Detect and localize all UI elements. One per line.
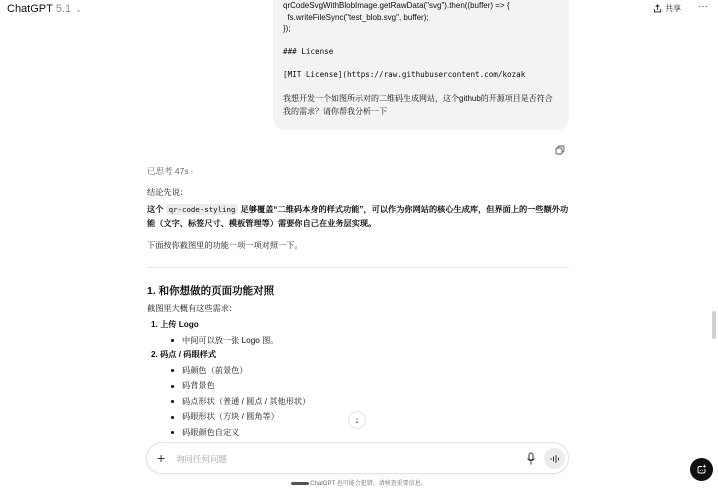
bullet-list: 码颜色（前景色） 码背景色 码点形状（普通 / 圆点 / 其他形状） 码眼形状（… [171,363,569,441]
voice-mode-button[interactable] [544,448,565,469]
model-version: 5.1 [56,3,71,15]
composer: + [146,442,569,474]
divider [147,267,569,268]
model-name: ChatGPT [7,3,53,15]
assistant-message: 结论先说： 这个 qr-code-styling 足够覆盖“二维码本身的样式功能… [147,186,569,440]
share-button[interactable]: 共享 [653,3,681,14]
code-line: }); [283,23,559,35]
code-line: fs.writeFileSync("test_blob.svg", buffer… [283,12,559,24]
thought-label: 已思考 47s [147,166,189,176]
section-heading: 1. 和你想做的页面功能对照 [147,284,569,299]
user-message-bubble: qrCodeSvgWithBlobImage.getRawData("svg")… [273,0,569,130]
plus-icon[interactable]: + [157,449,165,467]
share-icon [653,4,662,13]
conclusion-text: 这个 [147,205,166,214]
thought-duration-toggle[interactable]: 已思考 47s› [147,165,193,177]
more-options-button[interactable]: ··· [698,1,708,12]
list-item: 码颜色（前景色） [171,363,569,379]
list-item-title: 2. 码点 / 码眼样式 [151,348,569,363]
copy-icon[interactable] [555,145,565,155]
license-heading: ### License [283,46,559,58]
list-item: 码眼形状（方块 / 圆角等） [171,409,569,425]
share-label: 共享 [665,3,681,14]
conclusion-lead: 结论先说： [147,186,569,201]
microphone-icon[interactable] [526,452,536,466]
list-item: 中间可以放一张 Logo 图。 [171,333,569,349]
floating-action-button[interactable] [690,458,713,481]
disclaimer-text: ChatGPT 也可能会犯错。请核查重要信息。 [310,481,427,487]
list-item: 码背景色 [171,378,569,394]
scroll-indicator [291,482,309,485]
section-intro: 截图里大概有这些需求： [147,302,569,317]
user-question: 我想开发一个如图所示对的二维码生成网站，这个github的开源项目是否符合我的需… [283,92,559,118]
arrow-down-icon: ↓ [355,415,360,425]
intro-paragraph: 下面按你截图里的功能一项一项对照一下。 [147,239,569,254]
disclaimer: ChatGPT 也可能会犯错。请核查重要信息。 [0,478,718,487]
inline-code: qr-code-styling [166,204,239,215]
chevron-down-icon: ⌄ [75,5,82,14]
scrollbar-thumb[interactable] [712,311,716,339]
conclusion-paragraph: 这个 qr-code-styling 足够覆盖“二维码本身的样式功能”，可以作为… [147,203,569,232]
scroll-to-bottom-button[interactable]: ↓ [348,411,366,429]
message-input[interactable] [176,451,496,467]
list-item-title: 1. 上传 Logo [151,318,569,333]
license-link-text: [MIT License](https://raw.githubusercont… [283,69,559,81]
list-item: 码眼颜色自定义 [171,425,569,441]
waveform-icon [550,455,560,463]
code-line: qrCodeSvgWithBlobImage.getRawData("svg")… [283,0,559,12]
list-item: 码点形状（普通 / 圆点 / 其他形状） [171,394,569,410]
bullet-list: 中间可以放一张 Logo 图。 [171,333,569,349]
model-selector[interactable]: ChatGPT 5.1 ⌄ [7,3,82,15]
new-chat-icon [696,464,707,475]
chevron-right-icon: › [191,169,193,176]
